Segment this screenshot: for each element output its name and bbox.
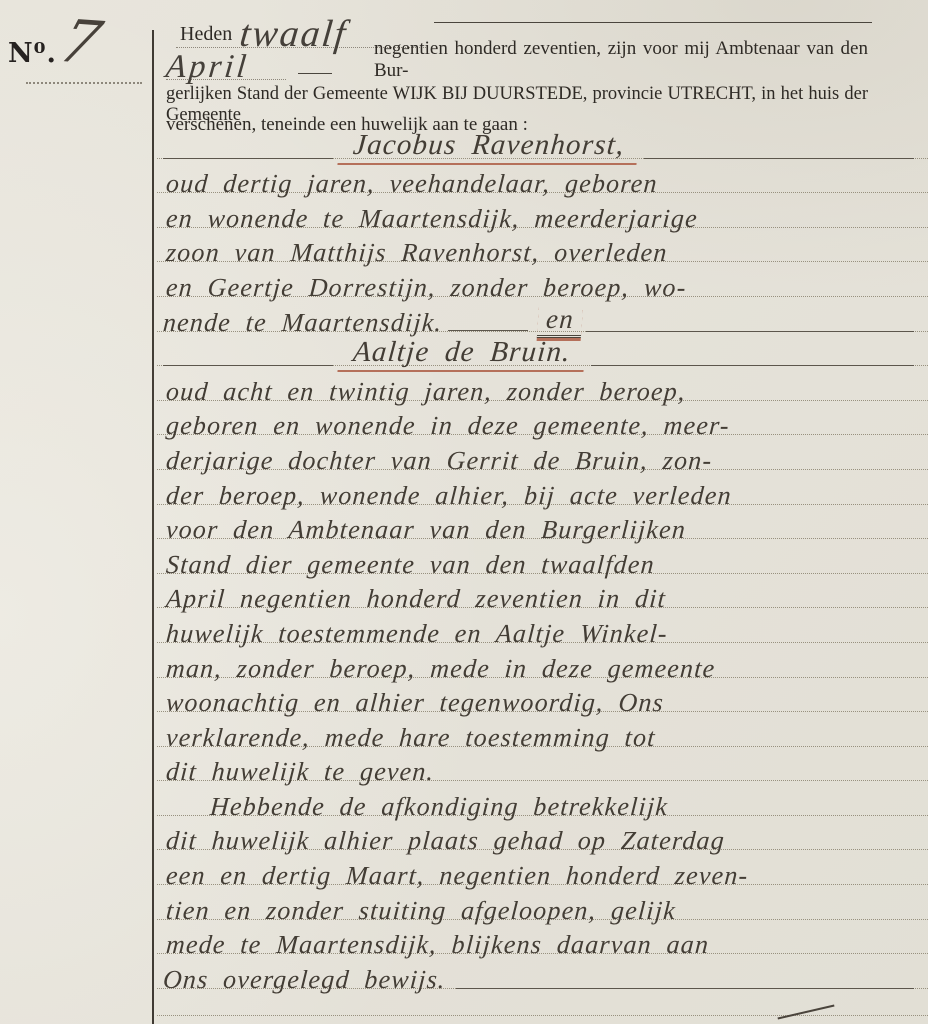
form-header: Heden twaalf April negentien honderd zev… [166, 6, 918, 142]
printed-heden: Heden [180, 23, 232, 46]
body-line: en wonende te Maartensdijk, meerderjarig… [157, 193, 928, 228]
body-line: tien en zonder stuiting afgeloopen, geli… [157, 885, 928, 920]
marriage-certificate-scan: N⁰. 7 Heden twaalf April negentien honde… [0, 0, 928, 1024]
body-line: verklarende, mede hare toestemming tot [157, 712, 928, 747]
pen-stroke-mark [778, 1004, 835, 1019]
filler-line [448, 330, 528, 331]
body-line: woonachtig en alhier tegenwoordig, Ons [157, 678, 928, 713]
body-line: derjarige dochter van Gerrit de Bruin, z… [157, 435, 928, 470]
act-number-value: 7 [52, 7, 110, 77]
empty-ruled-line [157, 989, 928, 1016]
body-line: April negentien honderd zeventien in dit [157, 574, 928, 609]
header-line-2: April negentien honderd zeventien, zijn … [166, 50, 918, 82]
act-number-label: N⁰. [8, 38, 57, 69]
printed-text: negentien honderd zeventien, zijn voor m… [374, 38, 868, 82]
body-line: huwelijk toestemmende en Aaltje Winkel- [157, 608, 928, 643]
body-line: zoon van Matthijs Ravenhorst, overleden [157, 228, 928, 263]
header-line-3: gerlijken Stand der Gemeente WIJK BIJ DU… [166, 84, 918, 114]
groom-name-line: Jacobus Ravenhorst, [157, 124, 928, 159]
body-line: oud acht en twintig jaren, zonder beroep… [157, 366, 928, 401]
filler-dash [298, 73, 332, 74]
body-line-indented: Hebbende de afkondiging betrekkelijk [157, 781, 928, 816]
margin-dotted-line [26, 82, 142, 84]
act-body: Jacobus Ravenhorst, oud dertig jaren, ve… [157, 124, 928, 1016]
body-line: mede te Maartensdijk, blijkens daarvan a… [157, 920, 928, 955]
closing-line: Ons overgelegd bewijs. [157, 954, 928, 989]
body-line: der beroep, wonende alhier, bij acte ver… [157, 470, 928, 505]
body-line: dit huwelijk alhier plaats gehad op Zate… [157, 816, 928, 851]
body-line: oud dertig jaren, veehandelaar, geboren [157, 159, 928, 194]
body-line: geboren en wonende in deze gemeente, mee… [157, 401, 928, 436]
body-line: Stand dier gemeente van den twaalfden [157, 539, 928, 574]
body-line: dit huwelijk te geven. [157, 747, 928, 782]
filler-line [434, 22, 872, 23]
body-line: en Geertje Dorrestijn, zonder beroep, wo… [157, 262, 928, 297]
handwritten-month: April [164, 49, 251, 86]
bride-name-line: Aaltje de Bruin. [157, 332, 928, 367]
margin-vertical-rule [152, 30, 154, 1024]
body-line: voor den Ambtenaar van den Burgerlijken [157, 505, 928, 540]
body-line: een en dertig Maart, negentien honderd z… [157, 850, 928, 885]
body-line: man, zonder beroep, mede in deze gemeent… [157, 643, 928, 678]
conjunction-line: nende te Maartensdijk. en [157, 297, 928, 332]
